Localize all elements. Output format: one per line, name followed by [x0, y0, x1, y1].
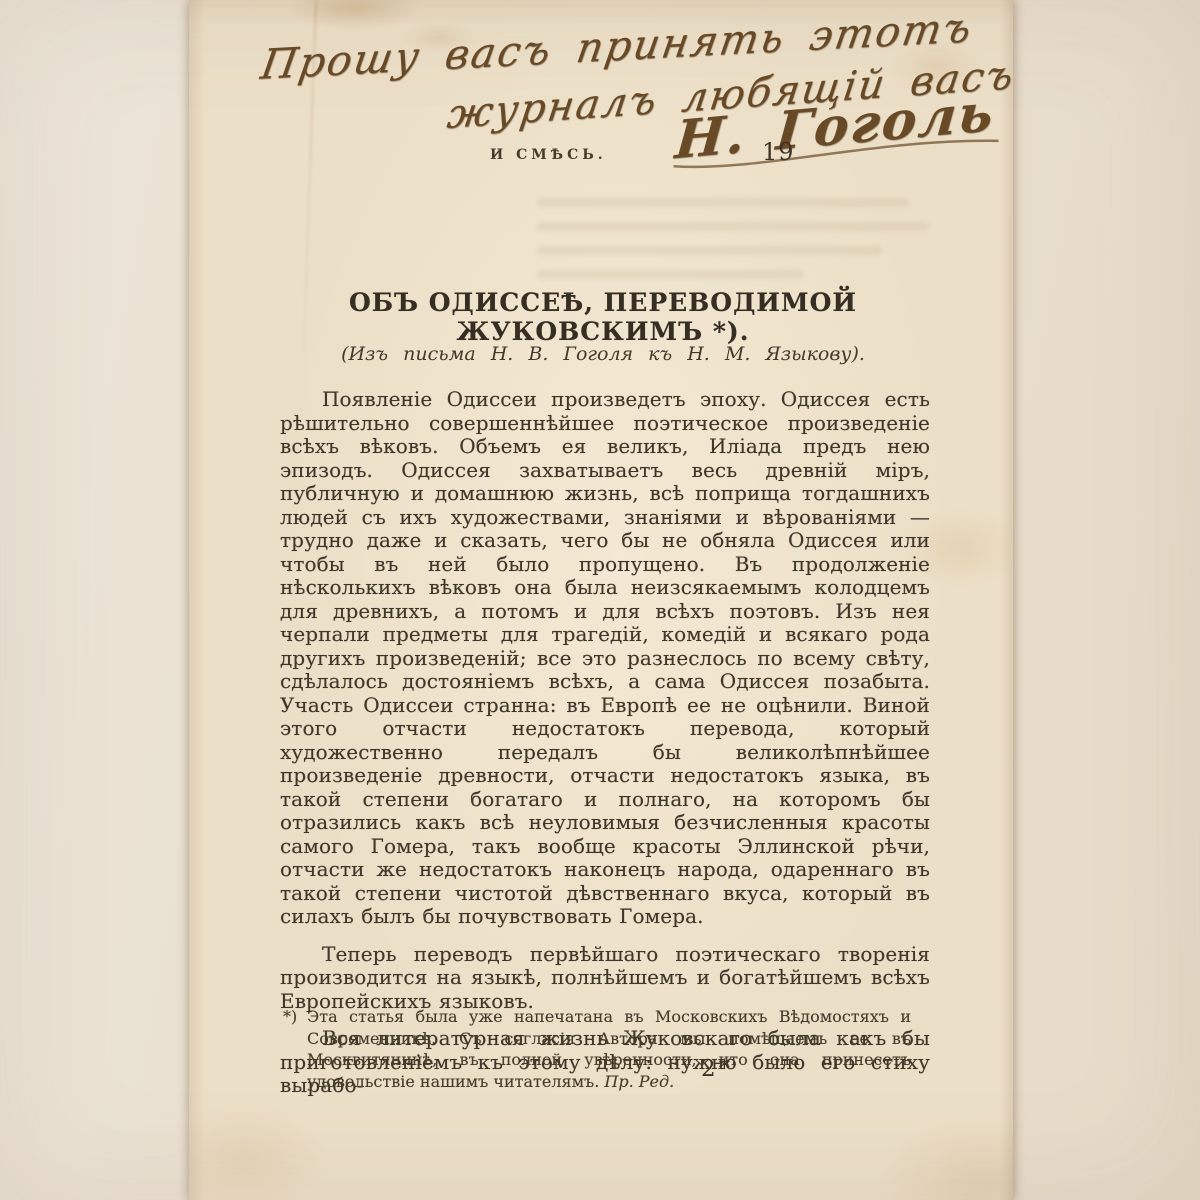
paragraph-1: Появленіе Одиссеи произведетъ эпоху. Оди…	[280, 388, 930, 929]
article-subtitle: (Изъ письма Н. В. Гоголя къ Н. М. Языков…	[277, 343, 929, 365]
book-page: Прошу васъ принять этотъ журналъ любящій…	[189, 0, 1013, 1200]
article-body: Появленіе Одиссеи произведетъ эпоху. Оди…	[280, 388, 930, 1112]
paragraph-2: Теперь переводъ первѣйшаго поэтическаго …	[280, 943, 930, 1014]
footnote-attribution: Пр. Ред.	[604, 1072, 674, 1091]
running-title: И СМѢСЬ.	[490, 147, 607, 163]
printer-signature-mark: 2*	[701, 1056, 733, 1082]
footnote-marker: *)	[283, 1006, 297, 1028]
footnote: *) Эта статья была уже напечатана въ Мос…	[283, 1006, 911, 1092]
page-number: 19	[762, 138, 795, 166]
article-title: ОБЪ ОДИССЕѢ, ПЕРЕВОДИМОЙ ЖУКОВСКИМЪ *).	[277, 288, 929, 346]
show-through-text	[537, 198, 929, 294]
photo-backdrop: Прошу васъ принять этотъ журналъ любящій…	[0, 0, 1200, 1200]
